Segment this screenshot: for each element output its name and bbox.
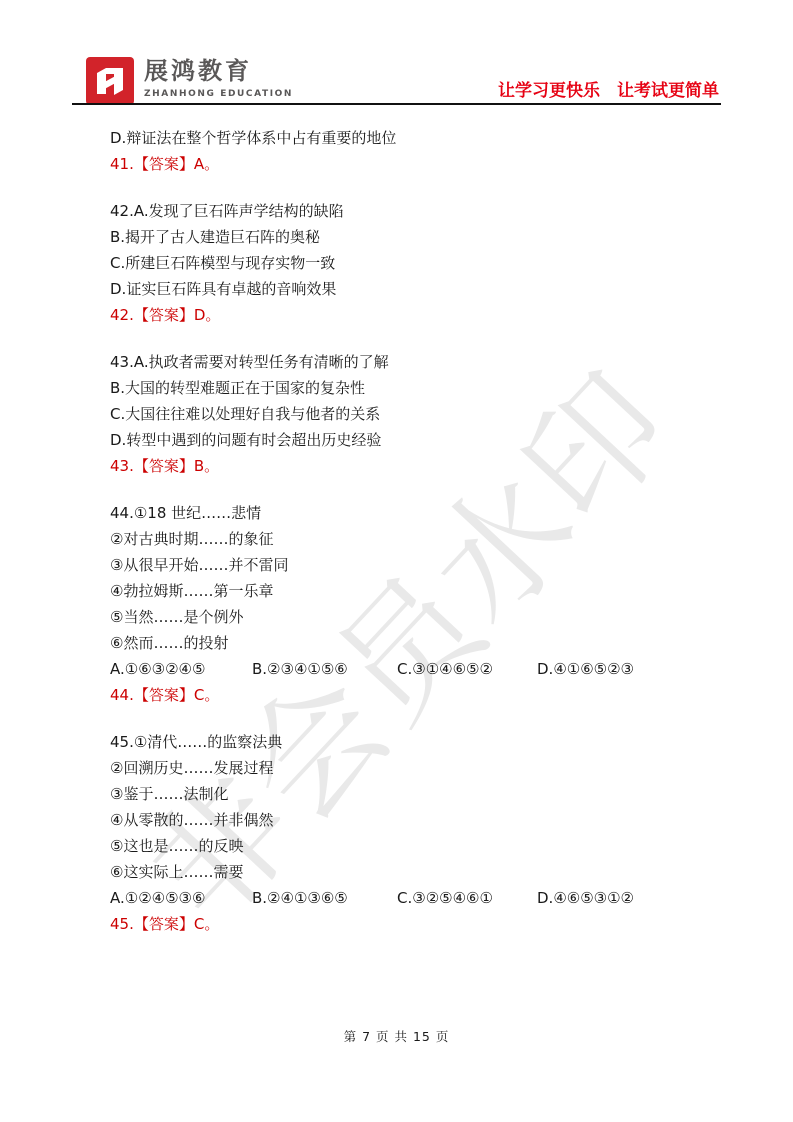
option-line: C.大国往往难以处理好自我与他者的关系 — [110, 401, 710, 427]
option-line: D.辩证法在整个哲学体系中占有重要的地位 — [110, 125, 710, 151]
option-line: 42.A.发现了巨石阵声学结构的缺陷 — [110, 198, 710, 224]
answer-line: 41.【答案】A。 — [110, 151, 710, 177]
option-line: B.揭开了古人建造巨石阵的奥秘 — [110, 224, 710, 250]
sentence-line: ②对古典时期……的象征 — [110, 526, 710, 552]
sentence-line: 45.①清代……的监察法典 — [110, 729, 710, 755]
option-item-b: B.②③④①⑤⑥ — [252, 656, 348, 682]
page-footer: 第 7 页 共 15 页 — [0, 1026, 793, 1045]
question-block-42: 42.A.发现了巨石阵声学结构的缺陷 B.揭开了古人建造巨石阵的奥秘 C.所建巨… — [110, 198, 710, 328]
option-item-a: A.①⑥③②④⑤ — [110, 656, 205, 682]
header-slogan: 让学习更快乐 让考试更简单 — [498, 76, 719, 101]
document-page: 非会员水印 展鸿教育 ZHANHONG EDUCATION 让学习更快乐 让考试… — [0, 0, 793, 1122]
sentence-line: ②回溯历史……发展过程 — [110, 755, 710, 781]
options-row: A.①⑥③②④⑤ B.②③④①⑤⑥ C.③①④⑥⑤② D.④①⑥⑤②③ — [110, 656, 710, 682]
option-item-c: C.③②⑤④⑥① — [397, 885, 493, 911]
sentence-line: ③鉴于……法制化 — [110, 781, 710, 807]
sentence-line: 44.①18 世纪……悲情 — [110, 500, 710, 526]
sentence-line: ⑤这也是……的反映 — [110, 833, 710, 859]
sentence-line: ④勃拉姆斯……第一乐章 — [110, 578, 710, 604]
page-number-text: 第 7 页 共 15 页 — [344, 1029, 450, 1044]
option-item-a: A.①②④⑤③⑥ — [110, 885, 205, 911]
question-block-44: 44.①18 世纪……悲情 ②对古典时期……的象征 ③从很早开始……并不雷同 ④… — [110, 500, 710, 708]
option-item-d: D.④⑥⑤③①② — [537, 885, 634, 911]
option-item-d: D.④①⑥⑤②③ — [537, 656, 634, 682]
option-line: C.所建巨石阵模型与现存实物一致 — [110, 250, 710, 276]
answer-line: 44.【答案】C。 — [110, 682, 710, 708]
option-item-c: C.③①④⑥⑤② — [397, 656, 493, 682]
question-block-45: 45.①清代……的监察法典 ②回溯历史……发展过程 ③鉴于……法制化 ④从零散的… — [110, 729, 710, 937]
zhanhong-logo-icon — [86, 57, 134, 105]
option-line: 43.A.执政者需要对转型任务有清晰的了解 — [110, 349, 710, 375]
options-row: A.①②④⑤③⑥ B.②④①③⑥⑤ C.③②⑤④⑥① D.④⑥⑤③①② — [110, 885, 710, 911]
sentence-line: ③从很早开始……并不雷同 — [110, 552, 710, 578]
sentence-line: ⑥然而……的投射 — [110, 630, 710, 656]
question-block-41: D.辩证法在整个哲学体系中占有重要的地位 41.【答案】A。 — [110, 125, 710, 177]
option-line: D.转型中遇到的问题有时会超出历史经验 — [110, 427, 710, 453]
answer-line: 43.【答案】B。 — [110, 453, 710, 479]
header-divider — [72, 103, 721, 105]
option-item-b: B.②④①③⑥⑤ — [252, 885, 348, 911]
sentence-line: ④从零散的……并非偶然 — [110, 807, 710, 833]
sentence-line: ⑤当然……是个例外 — [110, 604, 710, 630]
brand-block: 展鸿教育 ZHANHONG EDUCATION — [144, 56, 293, 100]
question-block-43: 43.A.执政者需要对转型任务有清晰的了解 B.大国的转型难题正在于国家的复杂性… — [110, 349, 710, 479]
option-line: B.大国的转型难题正在于国家的复杂性 — [110, 375, 710, 401]
sentence-line: ⑥这实际上……需要 — [110, 859, 710, 885]
option-line: D.证实巨石阵具有卓越的音响效果 — [110, 276, 710, 302]
answer-line: 45.【答案】C。 — [110, 911, 710, 937]
brand-name-en: ZHANHONG EDUCATION — [144, 88, 293, 100]
answer-line: 42.【答案】D。 — [110, 302, 710, 328]
brand-name-cn: 展鸿教育 — [144, 56, 293, 86]
answer-sheet-content: D.辩证法在整个哲学体系中占有重要的地位 41.【答案】A。 42.A.发现了巨… — [110, 125, 710, 937]
